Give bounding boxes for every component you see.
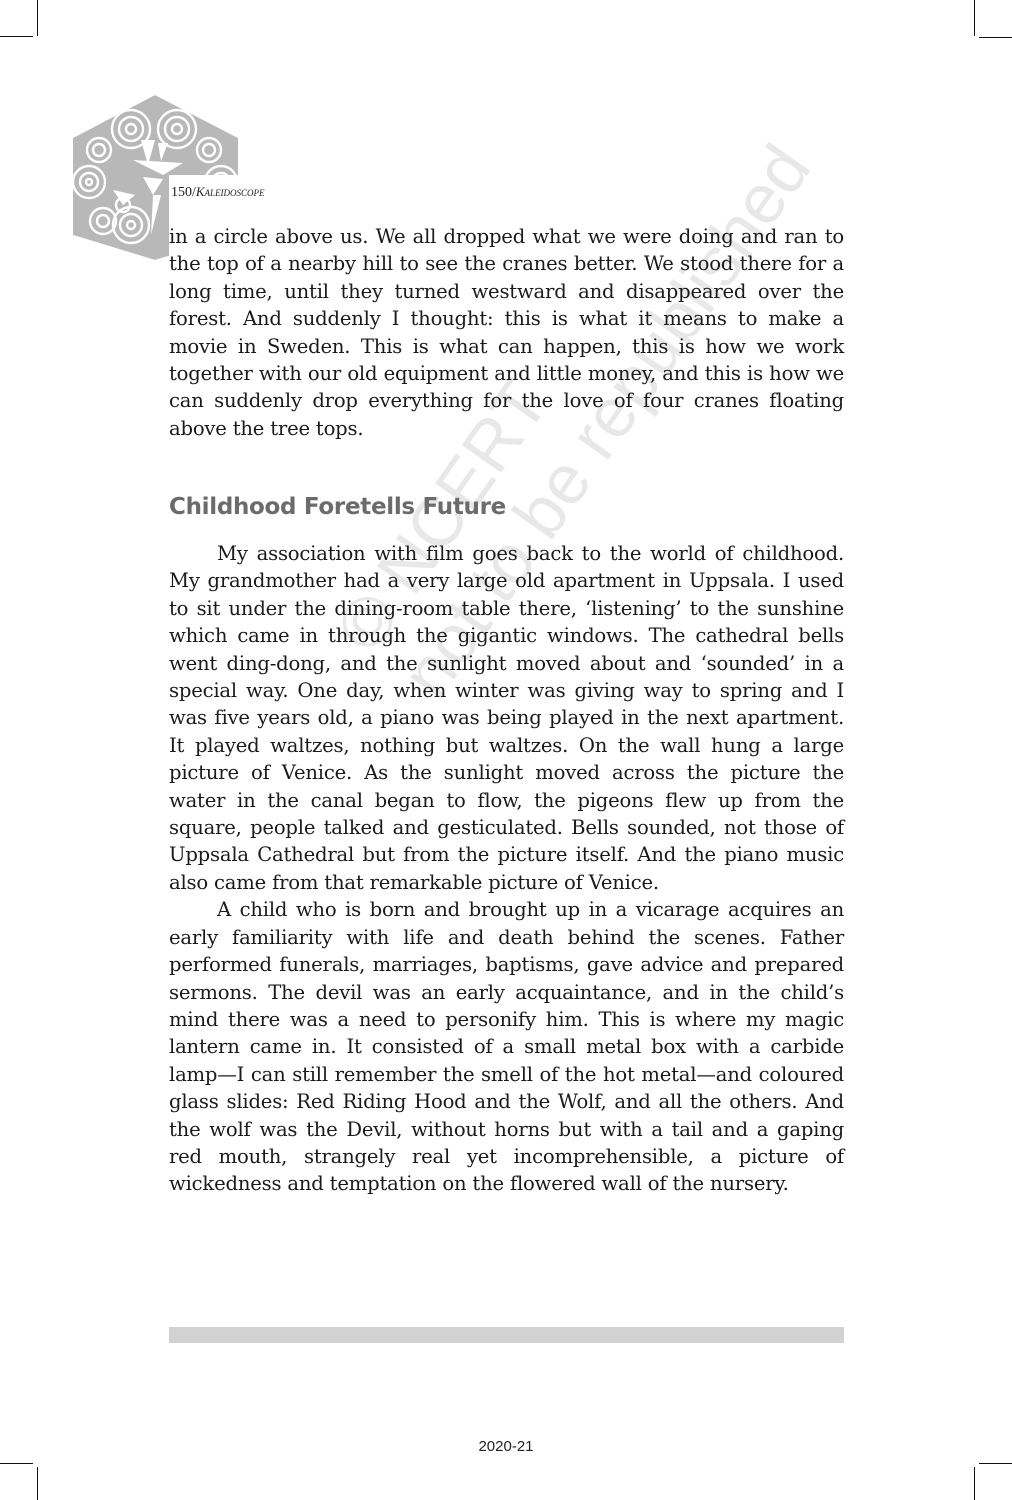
- footer-year: 2020-21: [0, 1438, 1012, 1455]
- section-body: My association with film goes back to th…: [169, 540, 844, 1198]
- running-head: 150/Kaleidoscope: [171, 184, 265, 201]
- crop-mark-bottom-left-h: [0, 1463, 33, 1464]
- paragraph-2: My association with film goes back to th…: [169, 540, 844, 896]
- crop-mark-bottom-left-v: [37, 1467, 38, 1500]
- paragraph-3: A child who is born and brought up in a …: [169, 896, 844, 1197]
- section-heading: Childhood Foretells Future: [169, 494, 506, 520]
- crop-mark-top-left-v: [37, 0, 38, 36]
- paragraph-continued: in a circle above us. We all dropped wha…: [169, 223, 844, 442]
- crop-mark-bottom-right-v: [974, 1467, 975, 1500]
- crop-mark-top-right-v: [974, 0, 975, 36]
- page-number: 150/: [171, 185, 196, 200]
- paragraph-1: in a circle above us. We all dropped wha…: [169, 223, 844, 442]
- crop-mark-top-left-h: [0, 36, 33, 37]
- footer-bar: [169, 1327, 844, 1343]
- book-title: Kaleidoscope: [196, 184, 265, 199]
- crop-mark-top-right-h: [979, 37, 1012, 38]
- crop-mark-bottom-right-h: [979, 1463, 1012, 1464]
